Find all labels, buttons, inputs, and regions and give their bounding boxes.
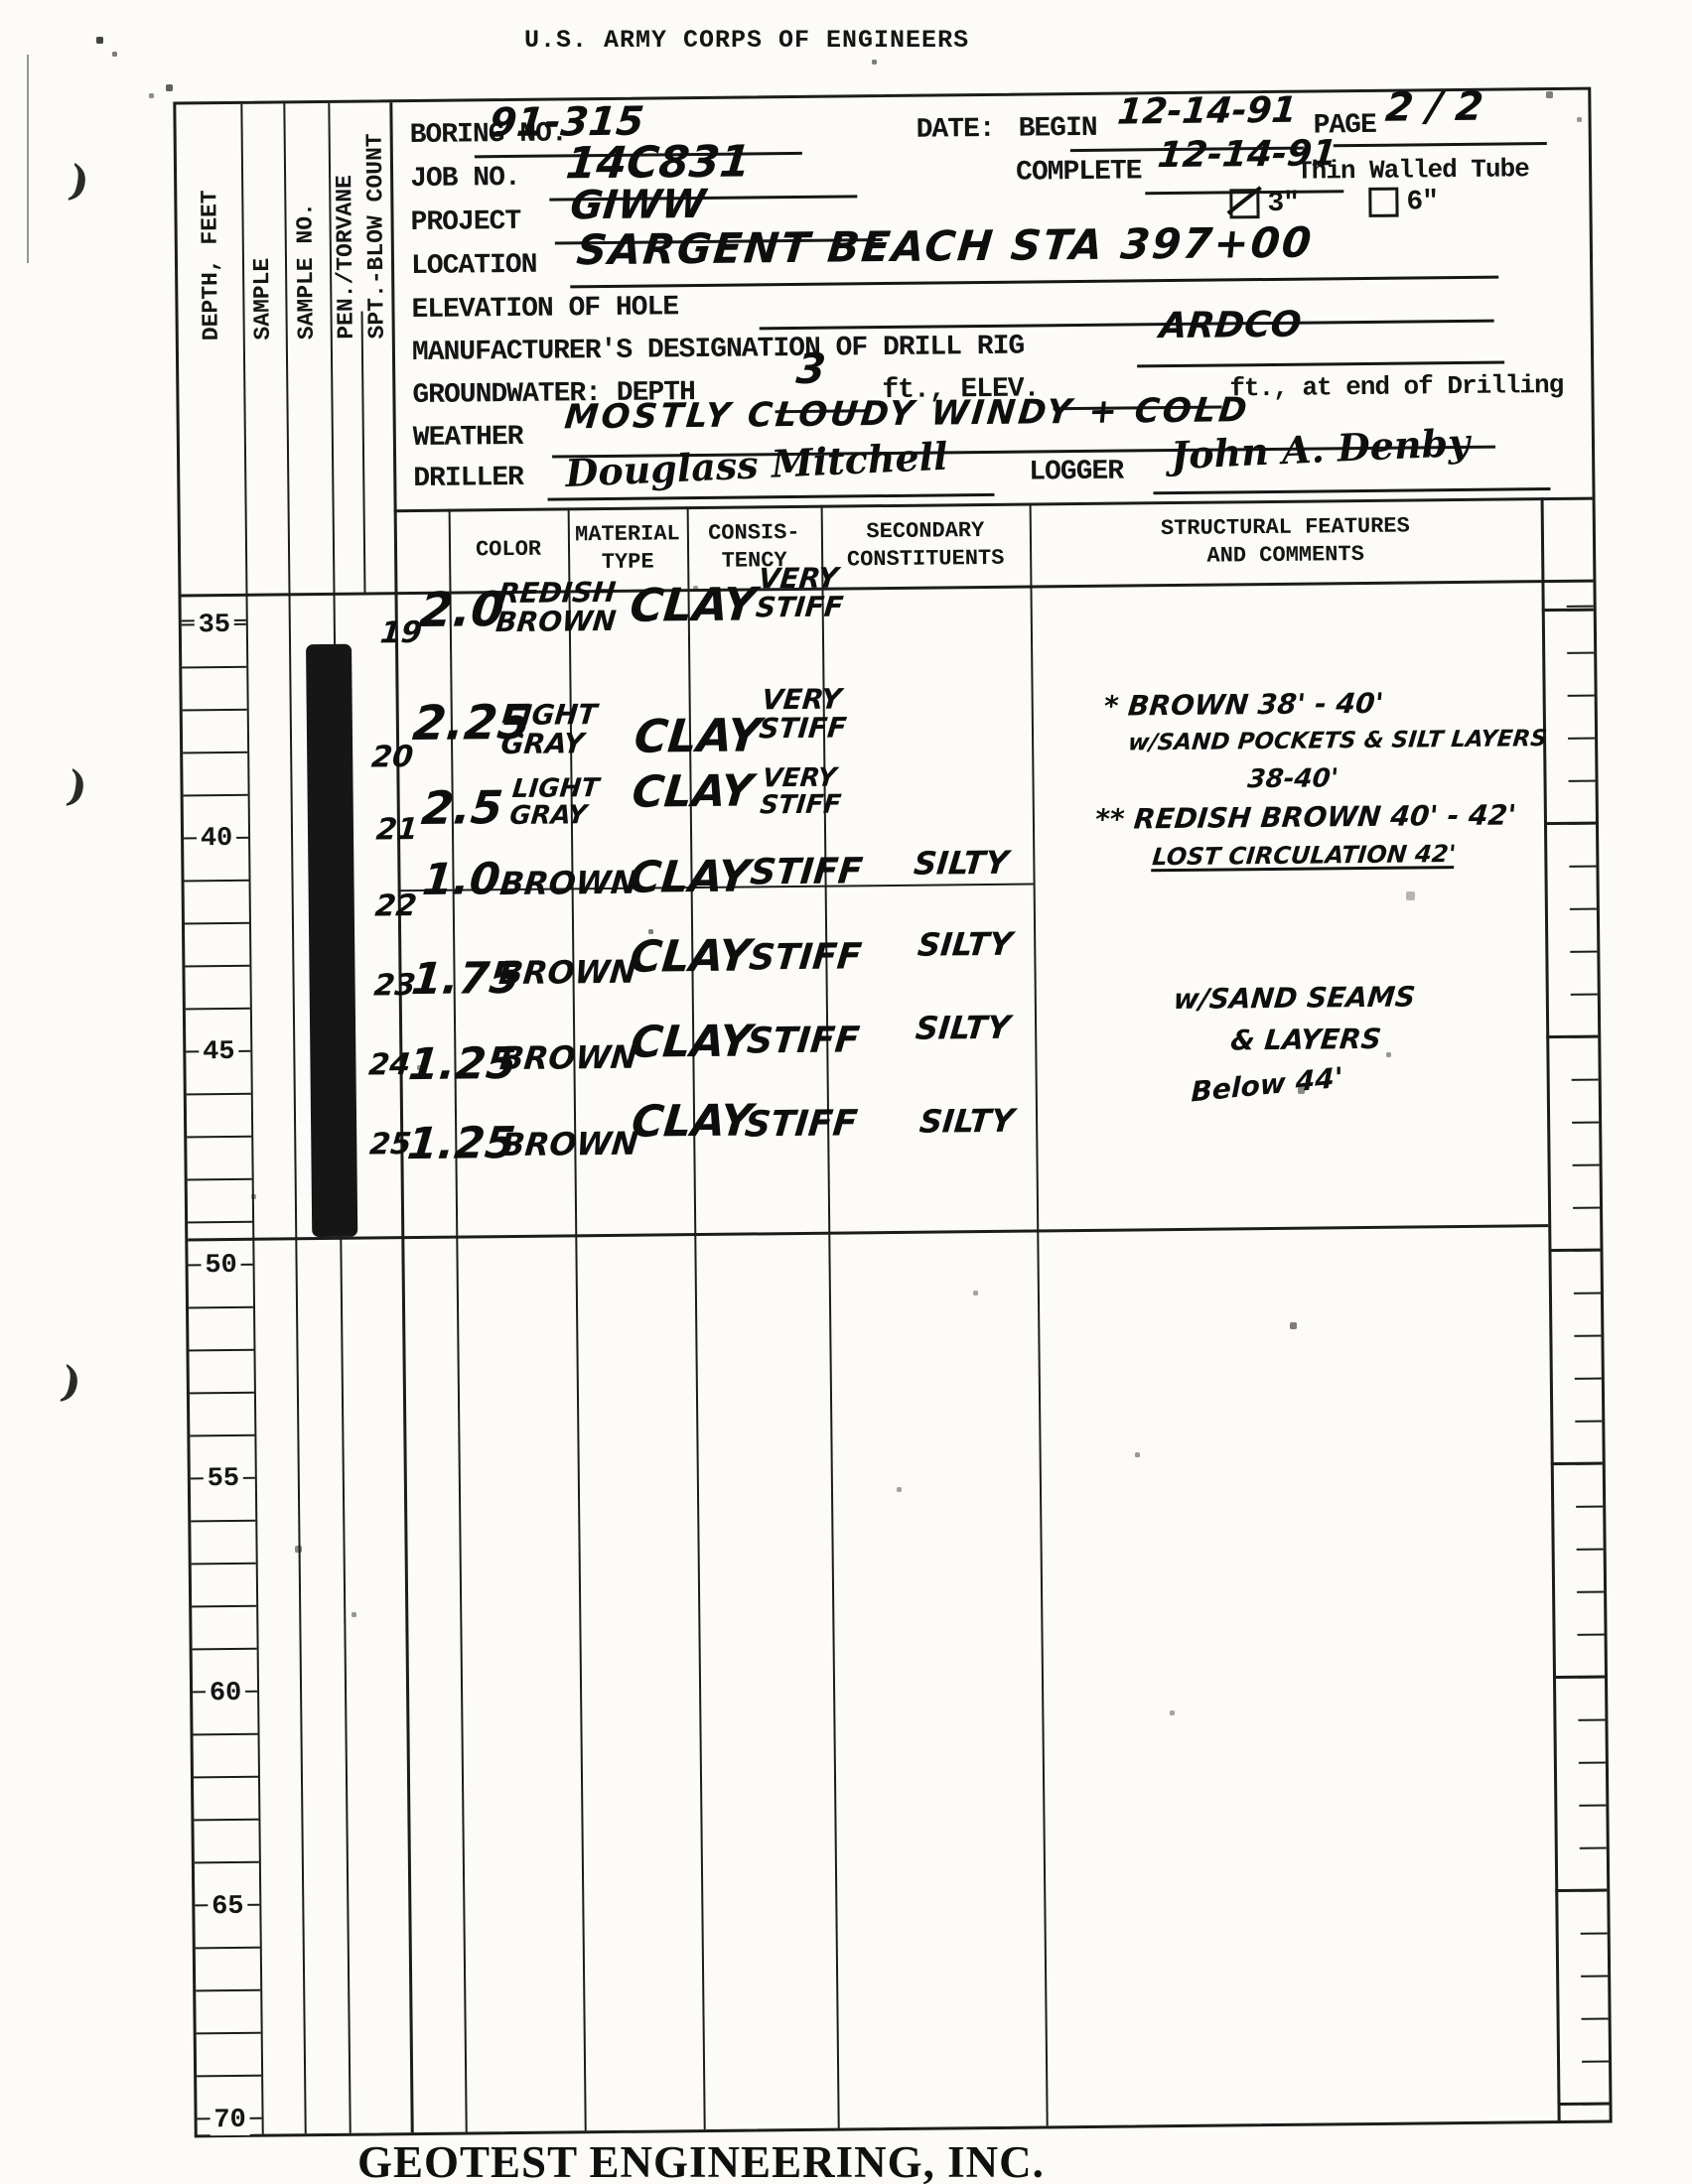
row-sample-no: 22 [373,891,418,922]
row-material: CLAY [633,712,763,759]
row-material: CLAY [630,1099,754,1145]
project-value: GIWW [568,185,707,226]
row-material: CLAY [630,769,754,815]
field-underline [1334,142,1547,147]
driller-label: DRILLER [413,463,523,494]
comment-annotation: & LAYERS [1229,1025,1382,1055]
row-sample-no: 20 [370,743,415,773]
comment-annotation: 38-40' [1246,765,1339,792]
row-color: LIGHT GRAY [508,775,600,829]
row-consistency: STIFF [748,939,864,977]
row-material: CLAY [629,1020,753,1065]
groundwater-depth-value: 3 [794,348,827,391]
row-consistency: STIFF [743,1106,859,1144]
pen-margin-mark: ) [58,1357,85,1409]
location-value: SARGENT BEACH STA 397+00 [575,221,1315,272]
tube-3in-checkbox [1229,189,1259,218]
column-label-spt-blow-count: SPT.-BLOW COUNT [362,134,390,339]
drill-rig-label: MANUFACTURER'S DESIGNATION OF DRILL RIG [412,332,1025,368]
comment-annotation: Below 44' [1191,1064,1342,1107]
tube-6in-checkbox [1368,188,1398,217]
column-label-pen-torvane: PEN./TORVANE [332,169,359,340]
job-no-label: JOB NO. [410,163,520,195]
comment-annotation: ** REDISH BROWN 40' - 42' [1094,801,1517,834]
depth-scale-label: 45 [199,1037,238,1067]
field-underline [570,276,1498,289]
thin-walled-tube-label: Thin Walled Tube [1297,154,1529,186]
job-no-value: 14C831 [564,140,753,187]
row-color: BROWN [499,1128,639,1161]
rule-line [389,102,413,2132]
scan-noise [0,0,1,1]
row-consistency: STIFF [746,1023,862,1060]
depth-scale-label: 55 [204,1464,243,1494]
page-value: 2 / 2 [1384,87,1485,129]
drill-rig-value: ARDCO [1158,308,1303,345]
field-underline [1153,487,1550,494]
row-color: REDISH BROWN [494,579,620,636]
begin-label: BEGIN [1018,113,1096,145]
row-secondary: SILTY [918,1105,1016,1139]
row-consistency: VERY STIFF [759,764,845,818]
scan-edge-artifact [27,55,29,263]
project-label: PROJECT [410,206,520,238]
logger-label: LOGGER [1029,457,1123,488]
comment-annotation: w/SAND SEAMS [1172,983,1416,1014]
date-label: DATE: [916,114,994,146]
tube-3in-label: 3" [1267,189,1299,219]
rule-line [1030,503,1049,2126]
row-secondary: SILTY [913,847,1010,881]
field-underline [760,320,1494,331]
scanned-boring-log-page: U.S. ARMY CORPS OF ENGINEERS ) ) ) DEPTH… [0,0,1692,2184]
depth-scale-label: 50 [201,1251,240,1281]
pen-margin-mark: ) [66,156,93,207]
row-secondary: SILTY [916,928,1014,962]
sample-recovery-bar [306,644,357,1237]
row-consistency: VERY STIFF [755,564,847,621]
rule-line [449,509,468,2132]
row-color: LIGHT GRAY [499,701,598,758]
column-header-structural-features: STRUCTURAL FEATURES AND COMMENTS [1030,499,1542,583]
row-consistency: STIFF [749,854,865,891]
location-label: LOCATION [411,250,537,282]
row-sample-no: 21 [375,815,420,846]
depth-scale-label: 70 [210,2106,249,2135]
row-pen-value: 1.0 [420,858,501,903]
complete-label: COMPLETE [1016,156,1142,188]
column-label-sample: SAMPLE [249,250,276,340]
begin-date-value: 12-14-91 [1116,93,1299,132]
comment-annotation: LOST CIRCULATION 42' [1151,842,1457,873]
column-header-secondary-constituents: SECONDARY CONSTITUENTS [821,505,1031,586]
column-label-depth-feet: DEPTH, FEET [197,182,224,341]
field-underline [1137,361,1504,368]
row-color: BROWN [497,956,637,990]
depth-scale-label: 40 [197,824,236,854]
row-sample-no: 24 [367,1050,412,1081]
weather-value: MOSTLY CLOUDY WINDY + COLD [563,393,1251,435]
row-color: BROWN [498,867,638,900]
comment-annotation: * BROWN 38' - 40' [1102,690,1384,722]
row-pen-value: 2.5 [420,784,505,832]
company-name: GEOTEST ENGINEERING, INC. [357,2136,1033,2184]
row-material: CLAY [628,581,758,628]
weather-label: WEATHER [413,422,523,454]
rule-line [821,505,840,2128]
elevation-label: ELEVATION OF HOLE [411,292,678,326]
row-pen-value: 2.0 [417,586,506,635]
comment-annotation: w/SAND POCKETS & SILT LAYERS [1127,728,1548,755]
row-material: CLAY [627,855,751,900]
groundwater-end-label: ft., at end of Drilling [1229,370,1563,404]
pen-margin-mark: ) [64,761,91,813]
column-label-sample-no: SAMPLE NO. [292,198,319,340]
depth-scale-label: 35 [195,611,234,640]
row-consistency: VERY STIFF [758,685,850,743]
page-title: U.S. ARMY CORPS OF ENGINEERS [524,26,969,55]
rule-line [283,103,306,2133]
row-material: CLAY [628,934,752,980]
depth-scale-label: 60 [206,1679,245,1708]
tube-6in-label: 6" [1406,187,1438,217]
driller-signature: Douglass Mitchell [564,434,948,495]
stratum-divider-line [188,1224,1548,1241]
field-underline [548,493,995,501]
rule-line [361,312,366,593]
row-secondary: SILTY [915,1012,1012,1045]
row-color: BROWN [498,1041,638,1075]
boring-log-form: DEPTH, FEET SAMPLE SAMPLE NO. PEN./TORVA… [173,87,1612,2138]
depth-scale-label: 65 [208,1892,247,1922]
